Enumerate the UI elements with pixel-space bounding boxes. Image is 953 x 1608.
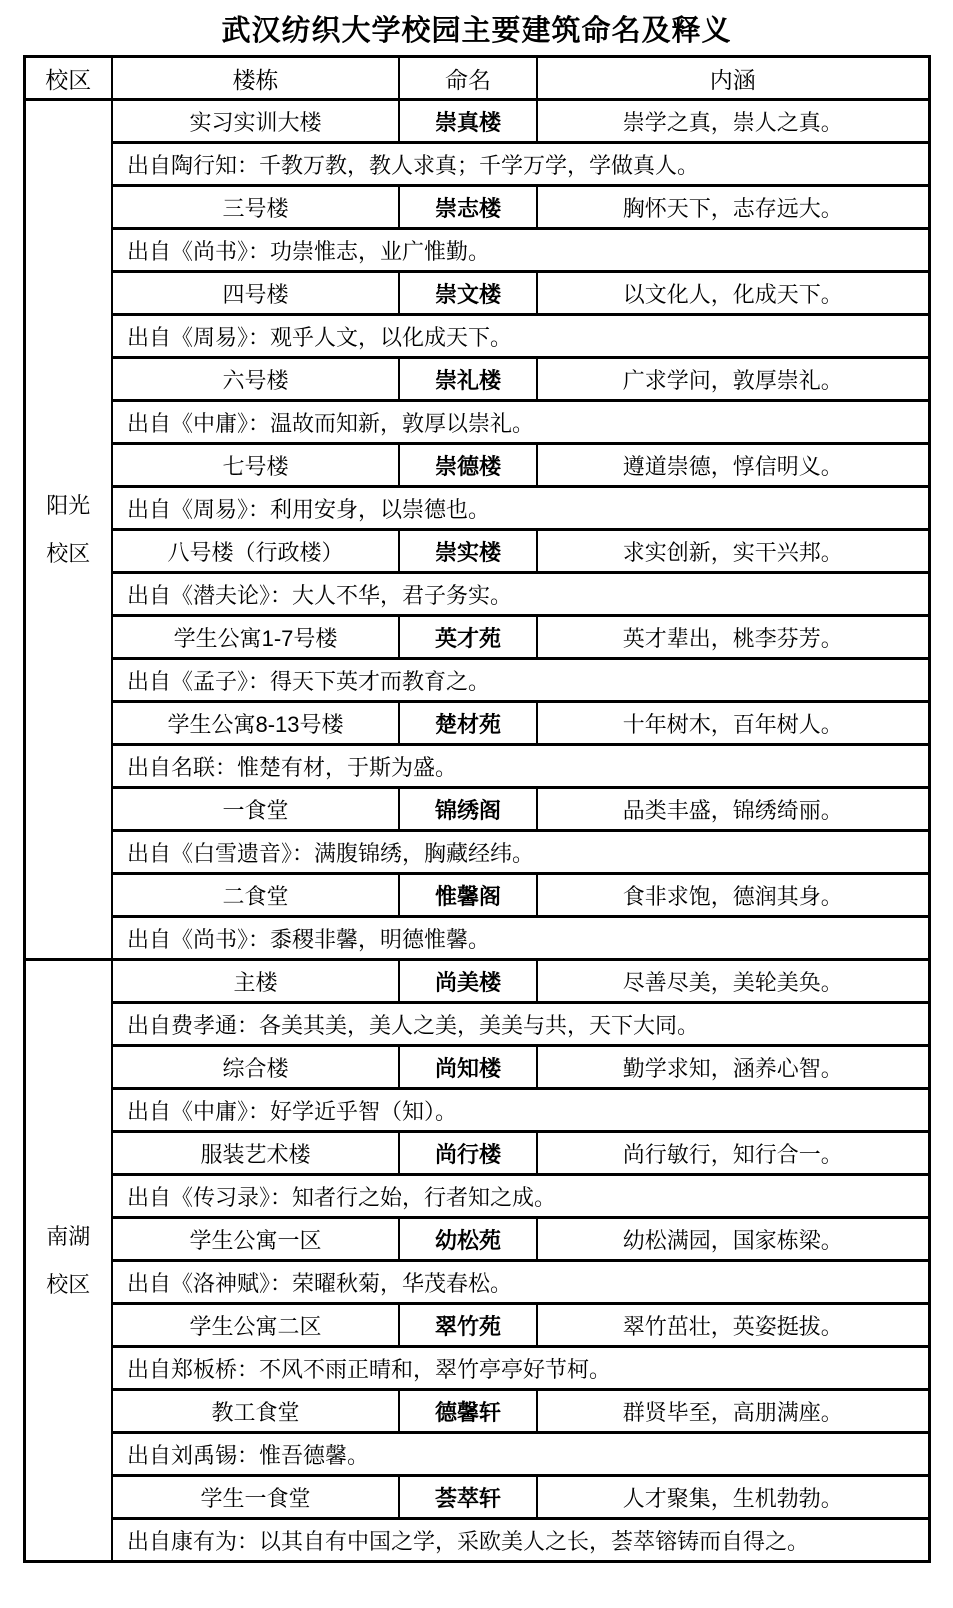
header-building: 楼栋 — [112, 57, 399, 100]
source-row: 出自《孟子》：得天下英才而教育之。 — [24, 659, 929, 702]
building-naming: 楚材苑 — [399, 702, 537, 745]
building-naming: 英才苑 — [399, 616, 537, 659]
campus-label-nanhu: 南湖 校区 — [24, 960, 112, 1562]
building-row: 教工食堂 德馨轩 群贤毕至，高朋满座。 — [24, 1390, 929, 1433]
header-campus: 校区 — [24, 57, 112, 100]
building-naming: 崇实楼 — [399, 530, 537, 573]
naming-meaning: 人才聚集，生机勃勃。 — [537, 1476, 929, 1519]
building-naming: 尚行楼 — [399, 1132, 537, 1175]
building-naming: 幼松苑 — [399, 1218, 537, 1261]
naming-source: 出自《洛神赋》：荣曜秋菊，华茂春松。 — [112, 1261, 929, 1304]
source-row: 出自《白雪遗音》：满腹锦绣，胸藏经纬。 — [24, 831, 929, 874]
naming-source: 出自费孝通：各美其美，美人之美，美美与共，天下大同。 — [112, 1003, 929, 1046]
building-row: 南湖 校区 主楼 尚美楼 尽善尽美，美轮美奂。 — [24, 960, 929, 1003]
building-row: 学生公寓二区 翠竹苑 翠竹茁壮，英姿挺拔。 — [24, 1304, 929, 1347]
naming-source: 出自《传习录》：知者行之始，行者知之成。 — [112, 1175, 929, 1218]
building-name: 学生公寓1-7号楼 — [112, 616, 399, 659]
building-name: 三号楼 — [112, 186, 399, 229]
building-naming: 崇文楼 — [399, 272, 537, 315]
building-naming: 惟馨阁 — [399, 874, 537, 917]
building-naming: 尚知楼 — [399, 1046, 537, 1089]
source-row: 出自《周易》：利用安身，以崇德也。 — [24, 487, 929, 530]
building-naming: 崇礼楼 — [399, 358, 537, 401]
naming-meaning: 翠竹茁壮，英姿挺拔。 — [537, 1304, 929, 1347]
header-name: 命名 — [399, 57, 537, 100]
source-row: 出自《洛神赋》：荣曜秋菊，华茂春松。 — [24, 1261, 929, 1304]
building-name: 一食堂 — [112, 788, 399, 831]
naming-source: 出自《中庸》：温故而知新，敦厚以崇礼。 — [112, 401, 929, 444]
building-row: 学生公寓一区 幼松苑 幼松满园，国家栋梁。 — [24, 1218, 929, 1261]
naming-meaning: 广求学问，敦厚崇礼。 — [537, 358, 929, 401]
source-row: 出自陶行知：千教万教，教人求真；千学万学，学做真人。 — [24, 143, 929, 186]
building-row: 服装艺术楼 尚行楼 尚行敏行，知行合一。 — [24, 1132, 929, 1175]
building-row: 三号楼 崇志楼 胸怀天下，志存远大。 — [24, 186, 929, 229]
building-naming: 荟萃轩 — [399, 1476, 537, 1519]
building-name: 六号楼 — [112, 358, 399, 401]
building-row: 八号楼（行政楼） 崇实楼 求实创新，实干兴邦。 — [24, 530, 929, 573]
building-naming: 崇德楼 — [399, 444, 537, 487]
building-naming: 翠竹苑 — [399, 1304, 537, 1347]
building-name: 综合楼 — [112, 1046, 399, 1089]
naming-meaning: 食非求饱，德润其身。 — [537, 874, 929, 917]
building-name: 学生公寓8-13号楼 — [112, 702, 399, 745]
naming-meaning: 勤学求知，涵养心智。 — [537, 1046, 929, 1089]
naming-source: 出自《白雪遗音》：满腹锦绣，胸藏经纬。 — [112, 831, 929, 874]
building-row: 六号楼 崇礼楼 广求学问，敦厚崇礼。 — [24, 358, 929, 401]
naming-source: 出自康有为：以其自有中国之学，采欧美人之长，荟萃镕铸而自得之。 — [112, 1519, 929, 1562]
building-name: 主楼 — [112, 960, 399, 1003]
naming-meaning: 英才辈出，桃李芬芳。 — [537, 616, 929, 659]
source-row: 出自郑板桥：不风不雨正晴和，翠竹亭亭好节柯。 — [24, 1347, 929, 1390]
naming-meaning: 胸怀天下，志存远大。 — [537, 186, 929, 229]
naming-meaning: 品类丰盛，锦绣绮丽。 — [537, 788, 929, 831]
naming-meaning: 幼松满园，国家栋梁。 — [537, 1218, 929, 1261]
building-name: 七号楼 — [112, 444, 399, 487]
source-row: 出自名联：惟楚有材，于斯为盛。 — [24, 745, 929, 788]
building-name: 学生公寓二区 — [112, 1304, 399, 1347]
building-row: 阳光 校区 实习实训大楼 崇真楼 崇学之真，崇人之真。 — [24, 100, 929, 143]
building-row: 七号楼 崇德楼 遵道崇德，惇信明义。 — [24, 444, 929, 487]
building-name: 服装艺术楼 — [112, 1132, 399, 1175]
source-row: 出自《中庸》：温故而知新，敦厚以崇礼。 — [24, 401, 929, 444]
naming-source: 出自陶行知：千教万教，教人求真；千学万学，学做真人。 — [112, 143, 929, 186]
building-name: 四号楼 — [112, 272, 399, 315]
building-name: 二食堂 — [112, 874, 399, 917]
building-naming: 崇志楼 — [399, 186, 537, 229]
naming-meaning: 尽善尽美，美轮美奂。 — [537, 960, 929, 1003]
naming-meaning: 群贤毕至，高朋满座。 — [537, 1390, 929, 1433]
source-row: 出自《传习录》：知者行之始，行者知之成。 — [24, 1175, 929, 1218]
source-row: 出自《周易》：观乎人文，以化成天下。 — [24, 315, 929, 358]
header-row: 校区 楼栋 命名 内涵 — [24, 57, 929, 100]
naming-source: 出自郑板桥：不风不雨正晴和，翠竹亭亭好节柯。 — [112, 1347, 929, 1390]
naming-source: 出自《孟子》：得天下英才而教育之。 — [112, 659, 929, 702]
source-row: 出自费孝通：各美其美，美人之美，美美与共，天下大同。 — [24, 1003, 929, 1046]
source-row: 出自康有为：以其自有中国之学，采欧美人之长，荟萃镕铸而自得之。 — [24, 1519, 929, 1562]
building-name: 实习实训大楼 — [112, 100, 399, 143]
building-row: 学生公寓1-7号楼 英才苑 英才辈出，桃李芬芳。 — [24, 616, 929, 659]
building-row: 四号楼 崇文楼 以文化人，化成天下。 — [24, 272, 929, 315]
naming-table: 校区 楼栋 命名 内涵 阳光 校区 实习实训大楼 崇真楼 崇学之真，崇人之真。 … — [23, 55, 931, 1563]
document-page: 武汉纺织大学校园主要建筑命名及释义 校区 楼栋 命名 内涵 阳光 校区 实习实训… — [0, 0, 953, 1608]
naming-source: 出自《尚书》：功崇惟志，业广惟勤。 — [112, 229, 929, 272]
naming-source: 出自名联：惟楚有材，于斯为盛。 — [112, 745, 929, 788]
naming-source: 出自《尚书》：黍稷非馨，明德惟馨。 — [112, 917, 929, 960]
source-row: 出自刘禹锡：惟吾德馨。 — [24, 1433, 929, 1476]
naming-meaning: 以文化人，化成天下。 — [537, 272, 929, 315]
naming-source: 出自《中庸》：好学近乎智（知）。 — [112, 1089, 929, 1132]
building-name: 八号楼（行政楼） — [112, 530, 399, 573]
page-title: 武汉纺织大学校园主要建筑命名及释义 — [0, 0, 953, 51]
building-naming: 锦绣阁 — [399, 788, 537, 831]
naming-meaning: 尚行敏行，知行合一。 — [537, 1132, 929, 1175]
naming-source: 出自刘禹锡：惟吾德馨。 — [112, 1433, 929, 1476]
building-naming: 崇真楼 — [399, 100, 537, 143]
building-name: 教工食堂 — [112, 1390, 399, 1433]
naming-source: 出自《潜夫论》：大人不华，君子务实。 — [112, 573, 929, 616]
source-row: 出自《尚书》：黍稷非馨，明德惟馨。 — [24, 917, 929, 960]
source-row: 出自《潜夫论》：大人不华，君子务实。 — [24, 573, 929, 616]
naming-source: 出自《周易》：利用安身，以崇德也。 — [112, 487, 929, 530]
naming-meaning: 崇学之真，崇人之真。 — [537, 100, 929, 143]
source-row: 出自《中庸》：好学近乎智（知）。 — [24, 1089, 929, 1132]
naming-meaning: 求实创新，实干兴邦。 — [537, 530, 929, 573]
naming-meaning: 十年树木，百年树人。 — [537, 702, 929, 745]
building-row: 学生一食堂 荟萃轩 人才聚集，生机勃勃。 — [24, 1476, 929, 1519]
building-name: 学生公寓一区 — [112, 1218, 399, 1261]
building-naming: 尚美楼 — [399, 960, 537, 1003]
building-row: 综合楼 尚知楼 勤学求知，涵养心智。 — [24, 1046, 929, 1089]
source-row: 出自《尚书》：功崇惟志，业广惟勤。 — [24, 229, 929, 272]
building-row: 学生公寓8-13号楼 楚材苑 十年树木，百年树人。 — [24, 702, 929, 745]
campus-label-yangguang: 阳光 校区 — [24, 100, 112, 960]
building-naming: 德馨轩 — [399, 1390, 537, 1433]
naming-source: 出自《周易》：观乎人文，以化成天下。 — [112, 315, 929, 358]
building-name: 学生一食堂 — [112, 1476, 399, 1519]
naming-meaning: 遵道崇德，惇信明义。 — [537, 444, 929, 487]
header-meaning: 内涵 — [537, 57, 929, 100]
building-row: 二食堂 惟馨阁 食非求饱，德润其身。 — [24, 874, 929, 917]
building-row: 一食堂 锦绣阁 品类丰盛，锦绣绮丽。 — [24, 788, 929, 831]
